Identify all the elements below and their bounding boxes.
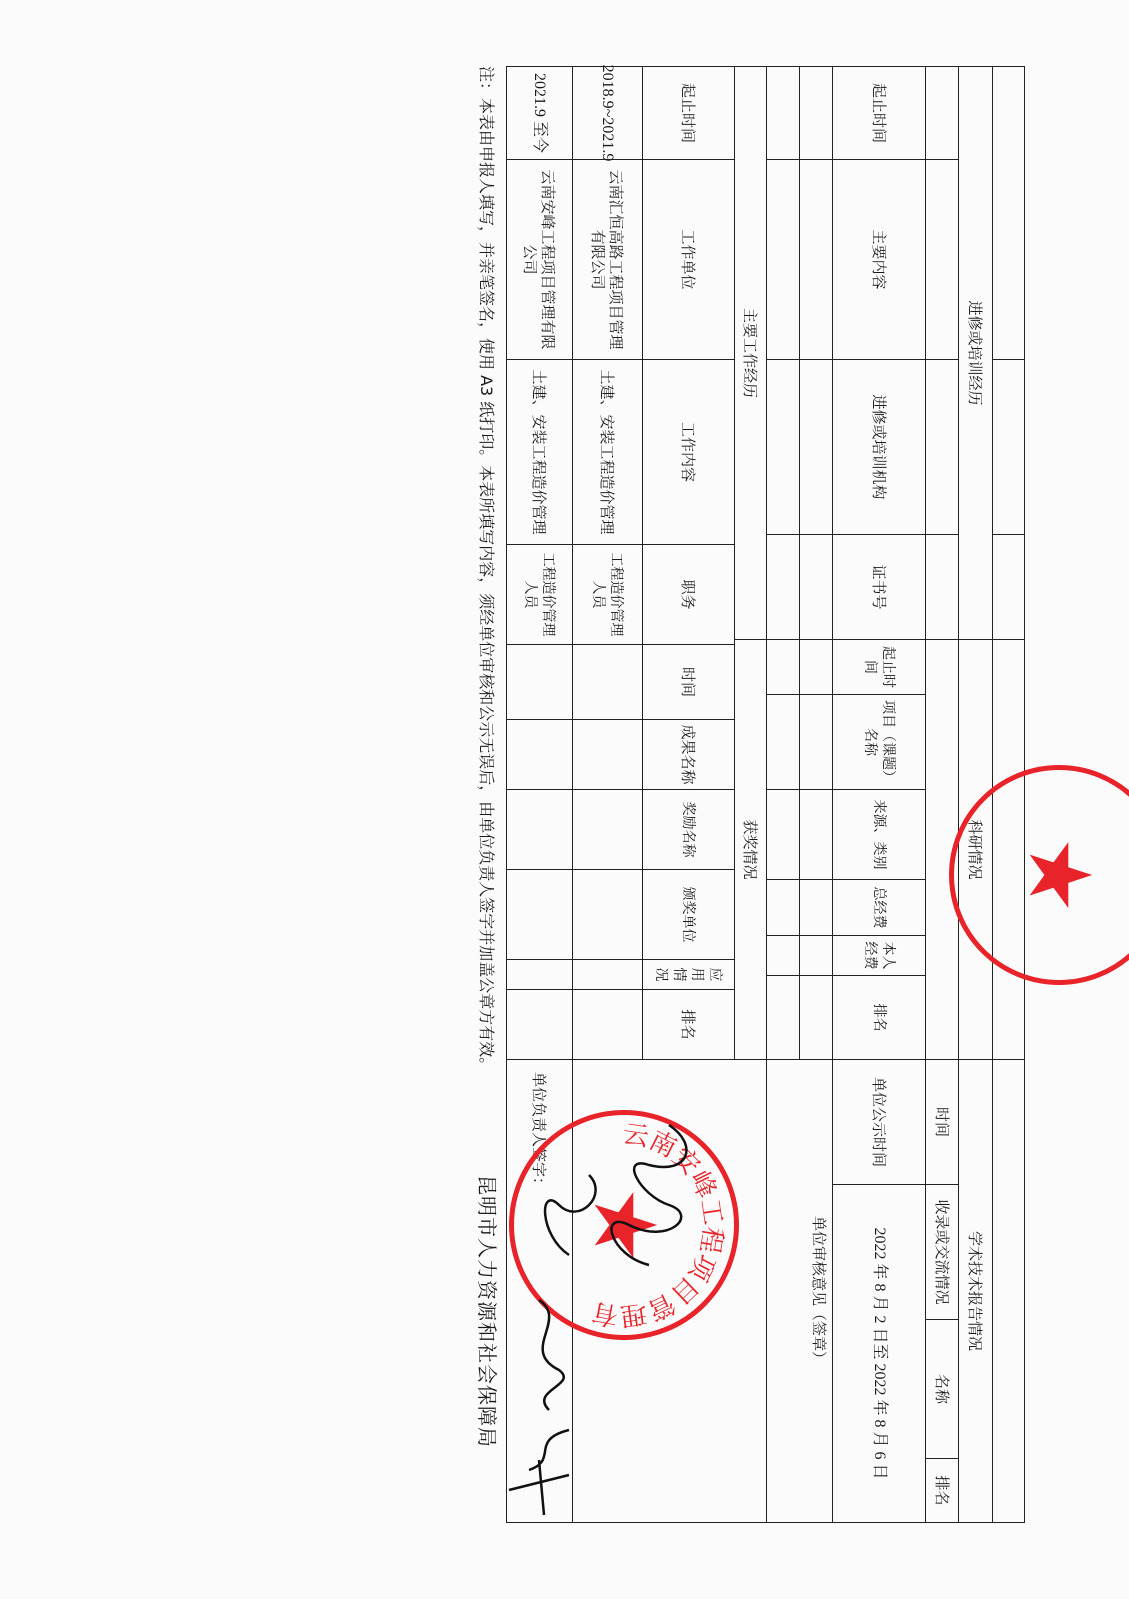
handwritten-signature: [509, 1115, 709, 1295]
blank-cell: [572, 959, 643, 990]
academic-header-time: 时间: [925, 1059, 959, 1185]
blank-cell: [766, 359, 800, 535]
blank-cell: [766, 789, 800, 880]
academic-header-rank: 排名: [925, 1458, 959, 1523]
work-row-2-period: 2021.9 至今: [506, 66, 573, 160]
blank-cell: [766, 159, 800, 360]
research-header-source: 来源、类别: [832, 789, 926, 880]
work-row-2-employer: 云南安峰工程项目管理有限公司: [506, 159, 573, 360]
blank-cell: [799, 639, 833, 695]
research-header-own-funding: 本人经费: [832, 935, 926, 976]
training-header-certificate: 证书号: [832, 534, 926, 640]
blank-cell: [799, 534, 833, 640]
blank-cell: [799, 975, 833, 1060]
training-header-period: 起止时间: [832, 66, 926, 160]
award-header-issuer: 颁奖单位: [642, 869, 735, 960]
publicity-period: 2022 年 8 月 2 日至 2022 年 8 月 6 日: [832, 1184, 926, 1523]
blank-cell: [992, 1059, 1025, 1523]
application-form-sheet: 进修或培训经历 科研情况 学术技术报告情况 时间 收录或交流情况 名称 排名 起…: [0, 0, 1129, 1599]
research-header-period: 起止时间: [832, 639, 926, 695]
blank-cell: [766, 66, 800, 160]
blank-cell: [766, 694, 800, 790]
blank-cell: [506, 869, 573, 960]
award-header-achievement: 成果名称: [642, 719, 735, 790]
work-section-header: 主要工作经历: [734, 66, 767, 640]
blank-cell: [799, 694, 833, 790]
blank-cell: [766, 534, 800, 640]
unit-review-opinion: 单位审核意见（签章）: [766, 1059, 833, 1523]
blank-cell: [572, 989, 643, 1060]
blank-cell: [572, 719, 643, 790]
academic-header-name: 名称: [925, 1319, 959, 1459]
work-row-2-content: 土建、安装工程造价管理: [506, 359, 573, 545]
blank-cell: [572, 789, 643, 870]
research-header-rank: 排名: [832, 975, 926, 1060]
blank-cell: [506, 644, 573, 720]
responsible-person-signature: [499, 1290, 589, 1520]
award-header-application: 应用情况: [642, 959, 735, 990]
footer-note: 注：本表由申报人填写，并亲笔签名，使用 A3 纸打印。本表所填写内容，须经单位审…: [476, 66, 499, 1073]
academic-header-collection: 收录或交流情况: [925, 1184, 959, 1320]
work-header-employer: 工作单位: [642, 159, 735, 360]
unit-review-label: 单位审核意见（签章）: [810, 1216, 828, 1366]
work-header-content: 工作内容: [642, 359, 735, 545]
blank-cell: [799, 879, 833, 936]
blank-cell: [992, 534, 1025, 640]
blank-cell: [572, 644, 643, 720]
blank-cell: [799, 66, 833, 160]
award-header-rank: 排名: [642, 989, 735, 1060]
research-header-project: 项目（课题）名称: [832, 694, 926, 790]
award-header-time: 时间: [642, 644, 735, 720]
blank-cell: [925, 66, 959, 160]
blank-cell: [766, 879, 800, 936]
work-row-2-position: 工程造价管理人员: [506, 544, 573, 645]
blank-cell: [799, 159, 833, 360]
blank-cell: [925, 359, 959, 535]
blank-cell: [766, 639, 800, 695]
award-header-award-name: 奖励名称: [642, 789, 735, 870]
blank-cell: [506, 959, 573, 990]
work-header-period: 起止时间: [642, 66, 735, 160]
blank-cell: [799, 789, 833, 880]
work-row-1-employer: 云南汇恒高路工程项目管理有限公司: [572, 159, 643, 360]
blank-cell: [766, 975, 800, 1060]
blank-cell: [506, 989, 573, 1060]
blank-cell: [925, 159, 959, 360]
academic-section-header: 学术技术报告情况: [958, 1059, 993, 1523]
blank-cell: [766, 935, 800, 976]
blank-cell: [799, 359, 833, 535]
star-icon: ★: [1016, 836, 1102, 913]
blank-cell: [506, 719, 573, 790]
awards-section-header: 获奖情况: [734, 639, 767, 1060]
work-row-1-position: 工程造价管理人员: [572, 544, 643, 645]
blank-cell: [572, 869, 643, 960]
blank-cell: [506, 789, 573, 870]
blank-cell: [925, 534, 959, 640]
work-row-1-content: 土建、安装工程造价管理: [572, 359, 643, 545]
training-header-institution: 进修或培训机构: [832, 359, 926, 535]
research-header-total-funding: 总经费: [832, 879, 926, 936]
publicity-label: 单位公示时间: [832, 1059, 926, 1185]
blank-cell: [799, 935, 833, 976]
work-row-1-period: 2018.9~2021.9: [572, 66, 643, 160]
blank-cell: [992, 359, 1025, 535]
blank-cell: [992, 66, 1025, 360]
training-section-header: 进修或培训经历: [958, 66, 993, 640]
training-header-content: 主要内容: [832, 159, 926, 360]
work-header-position: 职务: [642, 544, 735, 645]
